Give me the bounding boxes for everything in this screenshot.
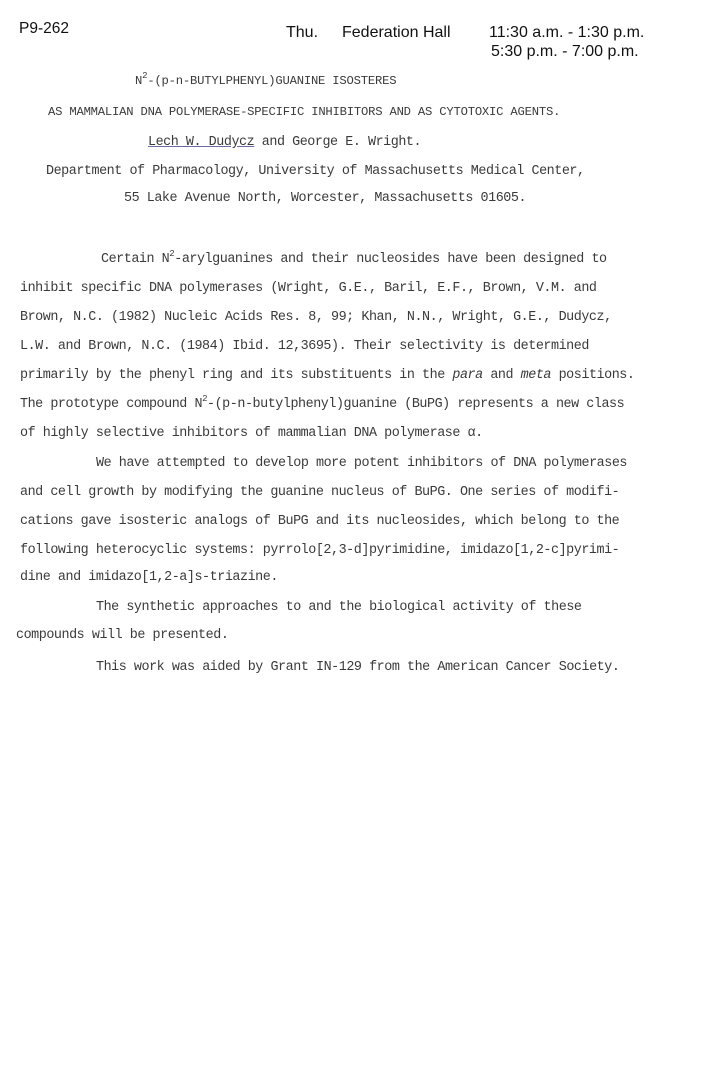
p2-line-4: following heterocyclic systems: pyrrolo[…	[20, 543, 619, 558]
p2-line-5: dine and imidazo[1,2-a]s-triazine.	[20, 570, 278, 585]
p1-line-6: The prototype compound N2-(p-n-butylphen…	[20, 397, 624, 412]
authors: Lech W. Dudycz and George E. Wright.	[148, 135, 421, 150]
p3-line-2: compounds will be presented.	[16, 628, 228, 643]
text: -arylguanines and their nucleosides have…	[174, 252, 606, 267]
session-info: Thu.Federation Hall11:30 a.m. - 1:30 p.m…	[286, 23, 644, 61]
affiliation-line-1: Department of Pharmacology, University o…	[46, 164, 585, 179]
p1-line-2: inhibit specific DNA polymerases (Wright…	[20, 281, 597, 296]
session-location: Federation Hall	[342, 23, 489, 42]
italic-meta: meta	[521, 368, 551, 383]
title-rest: -(p-n-BUTYLPHENYL)GUANINE ISOSTERES	[147, 74, 396, 88]
text: The prototype compound N	[20, 397, 202, 412]
italic-para: para	[452, 368, 482, 383]
text: primarily by the phenyl ring and its sub…	[20, 368, 452, 383]
text: Certain N	[101, 252, 169, 267]
p1-line-7: of highly selective inhibitors of mammal…	[20, 426, 483, 441]
p1-line-4: L.W. and Brown, N.C. (1984) Ibid. 12,369…	[20, 339, 589, 354]
session-day: Thu.	[286, 23, 342, 42]
p1-line-3: Brown, N.C. (1982) Nucleic Acids Res. 8,…	[20, 310, 612, 325]
p3-line-1: The synthetic approaches to and the biol…	[96, 600, 581, 615]
text: -(p-n-butylphenyl)guanine (BuPG) represe…	[207, 397, 624, 412]
presenting-author: Lech W. Dudycz	[148, 135, 254, 150]
session-code: P9-262	[19, 20, 69, 38]
session-time-2: 5:30 p.m. - 7:00 p.m.	[286, 42, 644, 61]
p2-line-1: We have attempted to develop more potent…	[96, 456, 627, 471]
affiliation-line-2: 55 Lake Avenue North, Worcester, Massach…	[124, 191, 526, 206]
abstract-title-line-1: N2-(p-n-BUTYLPHENYL)GUANINE ISOSTERES	[135, 74, 396, 88]
p2-line-3: cations gave isosteric analogs of BuPG a…	[20, 514, 619, 529]
p1-line-5: primarily by the phenyl ring and its sub…	[20, 368, 634, 383]
text: and	[483, 368, 521, 383]
co-authors: and George E. Wright.	[254, 135, 421, 150]
acknowledgement: This work was aided by Grant IN-129 from…	[96, 660, 619, 675]
session-time-1: 11:30 a.m. - 1:30 p.m.	[489, 24, 644, 41]
p1-line-1: Certain N2-arylguanines and their nucleo…	[101, 252, 607, 267]
text: positions.	[551, 368, 634, 383]
abstract-title-line-2: AS MAMMALIAN DNA POLYMERASE-SPECIFIC INH…	[48, 105, 560, 119]
p2-line-2: and cell growth by modifying the guanine…	[20, 485, 619, 500]
